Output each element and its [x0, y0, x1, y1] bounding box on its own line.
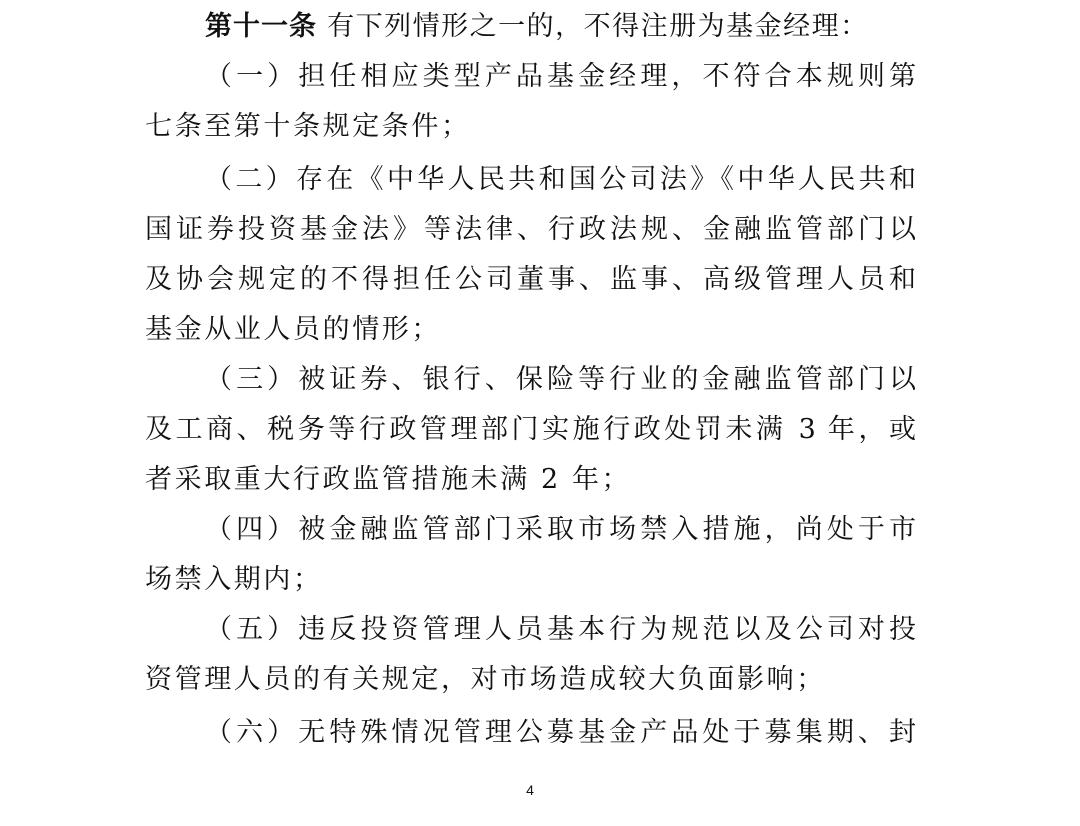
clause-4-line-2: 场禁入期内；	[145, 560, 916, 600]
clause-5-line-2: 资管理人员的有关规定，对市场造成较大负面影响；	[145, 660, 916, 700]
clause-2-line-2: 国证券投资基金法》等法律、行政法规、金融监管部门以	[145, 210, 916, 250]
clause-4-line-1: （四）被金融监管部门采取市场禁入措施，尚处于市	[205, 510, 916, 550]
clause-2-line-4: 基金从业人员的情形；	[145, 310, 916, 350]
clause-3-line-3: 者采取重大行政监管措施未满 2 年；	[145, 460, 916, 500]
clause-1-line-2: 七条至第十条规定条件；	[145, 107, 916, 147]
clause-1-line-1: （一）担任相应类型产品基金经理，不符合本规则第	[205, 57, 916, 97]
clause-3-line-2: 及工商、税务等行政管理部门实施行政处罚未满 3 年，或	[145, 410, 916, 450]
clause-6-line-1: （六）无特殊情况管理公募基金产品处于募集期、封	[205, 713, 916, 753]
clause-2-line-3: 及协会规定的不得担任公司董事、监事、高级管理人员和	[145, 260, 916, 300]
clause-5-line-1: （五）违反投资管理人员基本行为规范以及公司对投	[205, 610, 916, 650]
document-page: 第十一条 有下列情形之一的，不得注册为基金经理： （一）担任相应类型产品基金经理…	[0, 0, 1080, 826]
article-heading-text: 有下列情形之一的，不得注册为基金经理：	[317, 11, 869, 42]
article-heading-line: 第十一条 有下列情形之一的，不得注册为基金经理：	[205, 7, 916, 47]
clause-3-line-1: （三）被证券、银行、保险等行业的金融监管部门以	[205, 360, 916, 400]
clause-2-line-1: （二）存在《中华人民共和国公司法》《中华人民共和	[205, 160, 916, 200]
page-number: 4	[520, 782, 540, 798]
article-number: 第十一条	[205, 11, 317, 42]
